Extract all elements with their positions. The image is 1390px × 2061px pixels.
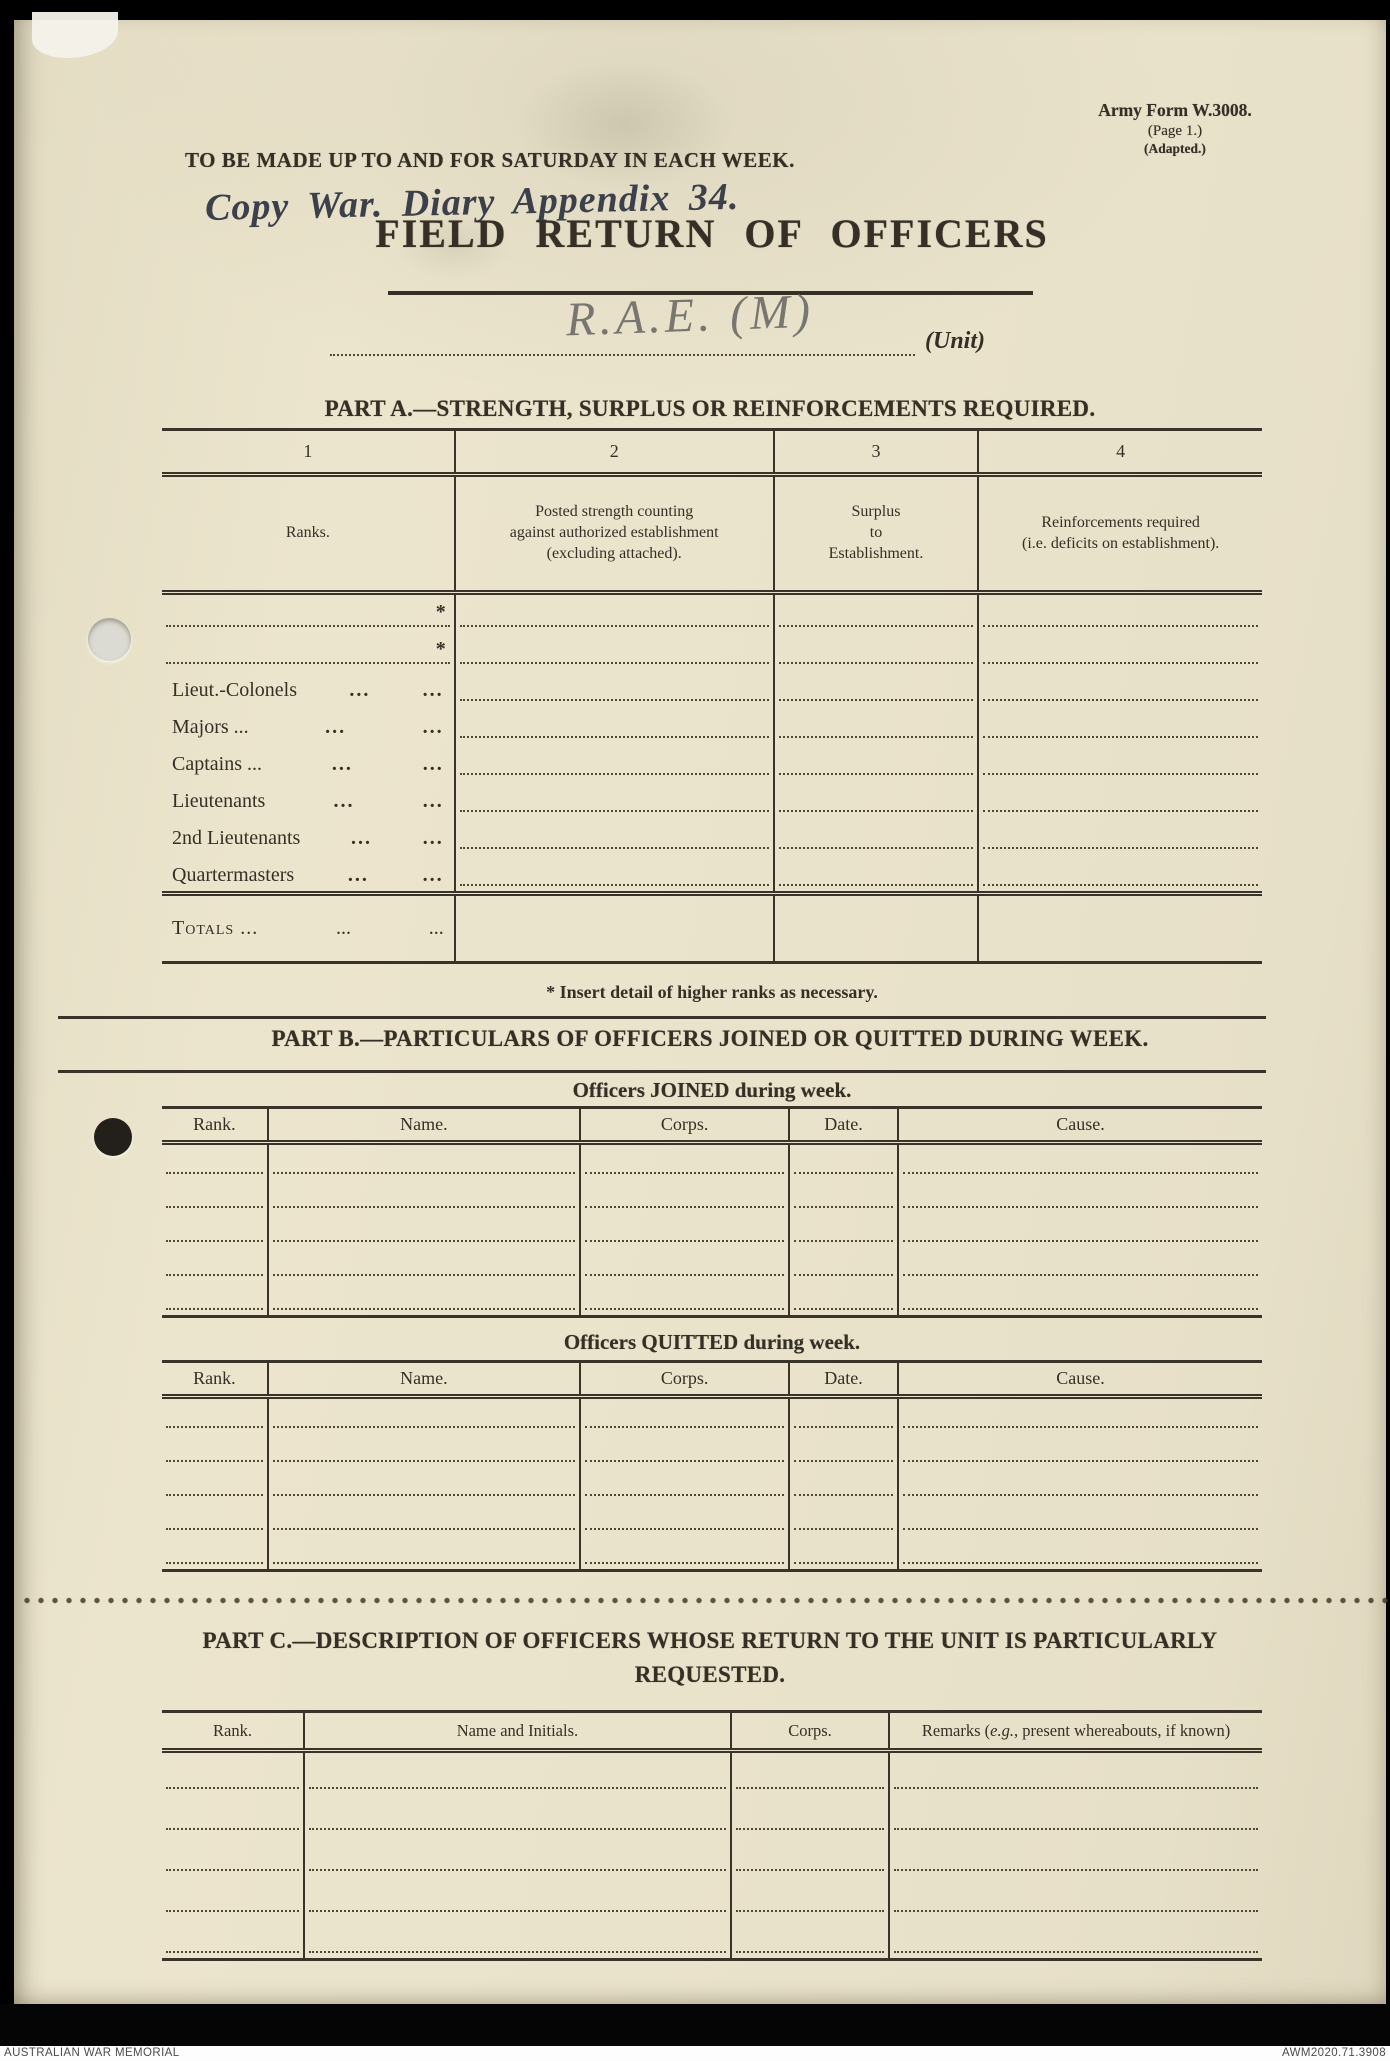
dot-leader: ...	[348, 864, 369, 887]
table-row	[162, 1281, 1262, 1315]
column-header-rank: Rank.	[162, 1713, 305, 1748]
table-body	[162, 1399, 1262, 1569]
table-row	[162, 1876, 1262, 1917]
column-header-reinforcements: Reinforcements required (i.e. deficits o…	[979, 477, 1262, 590]
table-row-rank: Lieutenants ... ...	[162, 780, 1262, 817]
perforation-line	[20, 1596, 1390, 1605]
officers-joined-table: Rank. Name. Corps. Date. Cause.	[162, 1106, 1262, 1318]
form-adapted: (Adapted.)	[1075, 141, 1275, 158]
archive-footer: AUSTRALIAN WAR MEMORIAL AWM2020.71.3908	[0, 2046, 1390, 2061]
table-row	[162, 1794, 1262, 1835]
dot-leader: ...	[423, 753, 444, 776]
totals-row: Totals ... ... ...	[162, 891, 1262, 961]
column-number: 4	[979, 431, 1262, 472]
asterisk: *	[436, 638, 446, 661]
table-row-rank: 2nd Lieutenants ... ...	[162, 817, 1262, 854]
divider-rule	[58, 1070, 1266, 1073]
column-header-row: Rank. Name and Initials. Corps. Remarks …	[162, 1713, 1262, 1753]
table-row	[162, 1835, 1262, 1876]
table-body	[162, 1753, 1262, 1958]
part-a-body: * * Lieut.-Colonels ... ... Majors ... .…	[162, 595, 1262, 891]
table-row-rank: Lieut.-Colonels ... ...	[162, 669, 1262, 706]
table-row-rank: Captains ... ... ...	[162, 743, 1262, 780]
part-c-table: Rank. Name and Initials. Corps. Remarks …	[162, 1710, 1262, 1961]
unit-dotted-line	[330, 318, 915, 356]
unit-label: (Unit)	[925, 328, 985, 355]
table-row-rank: Majors ... ... ...	[162, 706, 1262, 743]
part-a-table: 1 2 3 4 Ranks. Posted strength counting …	[162, 428, 1262, 964]
remarks-eg: e.g.	[990, 1721, 1014, 1741]
form-number: Army Form W.3008.	[1075, 100, 1275, 122]
dot-leader: ...	[423, 827, 444, 850]
rank-label: Captains ...	[172, 753, 262, 776]
column-header-rank: Rank.	[162, 1363, 269, 1394]
punch-hole-top	[88, 618, 131, 661]
column-header-corps: Corps.	[732, 1713, 890, 1748]
scan-bottom-bar	[0, 2004, 1390, 2046]
column-header-cause: Cause.	[899, 1363, 1262, 1394]
column-header-row: Rank. Name. Corps. Date. Cause.	[162, 1109, 1262, 1145]
column-header-corps: Corps.	[581, 1363, 790, 1394]
remarks-pre: Remarks (	[922, 1721, 990, 1741]
dot-leader: ...	[325, 716, 346, 739]
part-a-heading: PART A.—STRENGTH, SURPLUS OR REINFORCEME…	[120, 396, 1300, 422]
part-b-heading: PART B.—PARTICULARS OF OFFICERS JOINED O…	[120, 1026, 1300, 1052]
column-number: 3	[775, 431, 980, 472]
dot-leader: ...	[423, 679, 444, 702]
table-row-rank: Quartermasters ... ...	[162, 854, 1262, 891]
column-number: 1	[162, 431, 456, 472]
column-header-posted-strength: Posted strength counting against authori…	[456, 477, 775, 590]
rank-label: Majors ...	[172, 716, 249, 739]
asterisk: *	[436, 601, 446, 624]
remarks-post: , present whereabouts, if known)	[1014, 1721, 1230, 1741]
scan-artifact	[32, 12, 118, 58]
part-a-footnote: * Insert detail of higher ranks as neces…	[162, 982, 1262, 1003]
table-row	[162, 1501, 1262, 1535]
table-row-star: *	[162, 632, 1262, 669]
column-number-row: 1 2 3 4	[162, 431, 1262, 477]
table-row	[162, 1213, 1262, 1247]
rank-label: Lieutenants	[172, 790, 265, 813]
top-instruction: TO BE MADE UP TO AND FOR SATURDAY IN EAC…	[185, 148, 795, 173]
dot-leader: ...	[351, 827, 372, 850]
form-page: (Page 1.)	[1075, 122, 1275, 141]
totals-label: Totals ...	[172, 917, 258, 940]
table-row	[162, 1145, 1262, 1179]
officers-quitted-table: Rank. Name. Corps. Date. Cause.	[162, 1360, 1262, 1572]
dot-leader: ...	[423, 716, 444, 739]
dot-leader: ...	[423, 864, 444, 887]
column-header-name: Name.	[269, 1363, 581, 1394]
dot-leader: ...	[349, 679, 370, 702]
officers-quitted-title: Officers QUITTED during week.	[162, 1330, 1262, 1355]
form-reference: Army Form W.3008. (Page 1.) (Adapted.)	[1075, 100, 1275, 158]
column-header-remarks: Remarks (e.g., present whereabouts, if k…	[890, 1713, 1262, 1748]
dot-leader: ...	[423, 790, 444, 813]
column-header-date: Date.	[790, 1363, 899, 1394]
dot-leader: ...	[334, 790, 355, 813]
officers-joined-title: Officers JOINED during week.	[162, 1078, 1262, 1103]
column-header-name-initials: Name and Initials.	[305, 1713, 732, 1748]
archive-accession-number: AWM2020.71.3908	[1282, 2047, 1386, 2059]
column-header-row: Rank. Name. Corps. Date. Cause.	[162, 1363, 1262, 1399]
column-header-ranks: Ranks.	[162, 477, 456, 590]
column-header-cause: Cause.	[899, 1109, 1262, 1140]
scanned-document: TO BE MADE UP TO AND FOR SATURDAY IN EAC…	[0, 0, 1390, 2061]
column-header-row: Ranks. Posted strength counting against …	[162, 477, 1262, 595]
table-row	[162, 1179, 1262, 1213]
table-row	[162, 1753, 1262, 1794]
table-row	[162, 1399, 1262, 1433]
divider-rule	[58, 1016, 1266, 1019]
part-c-heading-line1: PART C.—DESCRIPTION OF OFFICERS WHOSE RE…	[120, 1628, 1300, 1654]
punch-hole-bottom	[94, 1118, 132, 1156]
table-row-star: *	[162, 595, 1262, 632]
column-header-date: Date.	[790, 1109, 899, 1140]
rank-label: 2nd Lieutenants	[172, 827, 300, 850]
archive-name: AUSTRALIAN WAR MEMORIAL	[4, 2047, 180, 2059]
column-number: 2	[456, 431, 775, 472]
table-row	[162, 1535, 1262, 1569]
part-c-heading-line2: REQUESTED.	[120, 1662, 1300, 1688]
table-row	[162, 1433, 1262, 1467]
table-row	[162, 1467, 1262, 1501]
dot-leader: ...	[336, 917, 351, 940]
dot-leader: ...	[332, 753, 353, 776]
column-header-name: Name.	[269, 1109, 581, 1140]
page-title: FIELD RETURN OF OFFICERS	[162, 210, 1262, 257]
table-row	[162, 1917, 1262, 1958]
rank-label: Quartermasters	[172, 864, 294, 887]
column-header-surplus: Surplus to Establishment.	[775, 477, 980, 590]
dot-leader: ...	[429, 917, 444, 940]
column-header-rank: Rank.	[162, 1109, 269, 1140]
column-header-corps: Corps.	[581, 1109, 790, 1140]
rank-label: Lieut.-Colonels	[172, 679, 297, 702]
table-body	[162, 1145, 1262, 1315]
table-row	[162, 1247, 1262, 1281]
